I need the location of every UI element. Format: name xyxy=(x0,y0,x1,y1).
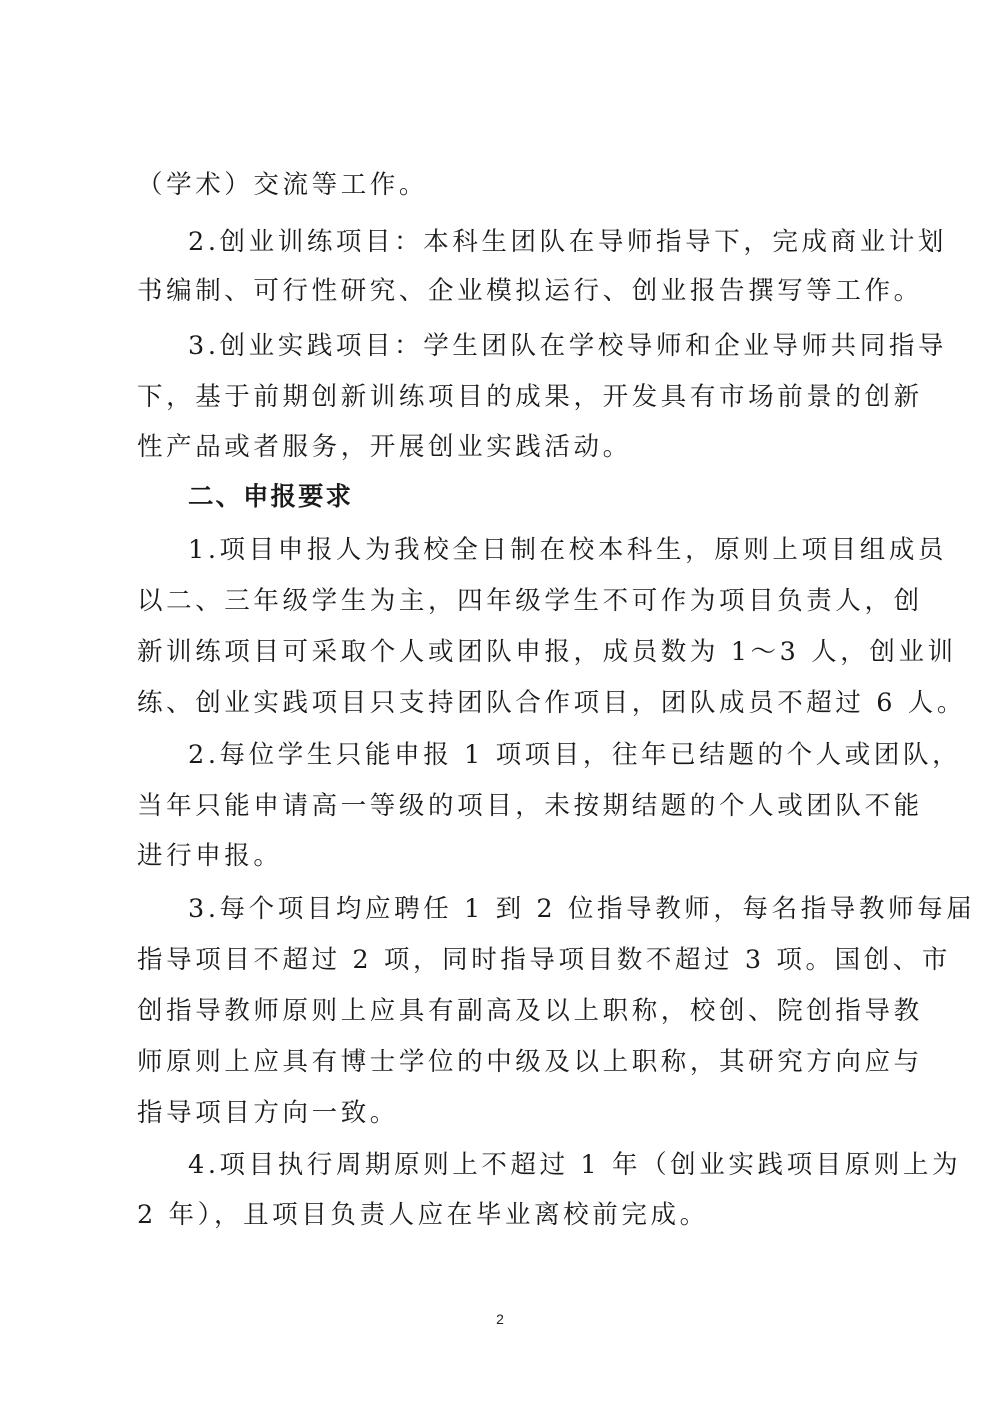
paragraph-line: 书编制、可行性研究、企业模拟运行、创业报告撰写等工作。 xyxy=(137,276,865,306)
paragraph-line: 当年只能申请高一等级的项目，未按期结题的个人或团队不能 xyxy=(137,791,865,821)
paragraph-line: 2.创业训练项目：本科生团队在导师指导下，完成商业计划 xyxy=(188,227,865,257)
paragraph-line: 指导项目不超过 2 项，同时指导项目数不超过 3 项。国创、市 xyxy=(137,945,865,975)
paragraph-line: 创指导教师原则上应具有副高及以上职称，校创、院创指导教 xyxy=(137,996,865,1026)
page-number: 2 xyxy=(0,1311,1000,1327)
paragraph-line: 2 年），且项目负责人应在毕业离校前完成。 xyxy=(137,1200,865,1230)
paragraph-line: 3.每个项目均应聘任 1 到 2 位指导教师，每名指导教师每届 xyxy=(188,894,865,924)
paragraph-line: 2.每位学生只能申报 1 项项目，往年已结题的个人或团队， xyxy=(188,740,865,770)
paragraph-line: 以二、三年级学生为主，四年级学生不可作为项目负责人，创 xyxy=(137,586,865,616)
paragraph-line: 练、创业实践项目只支持团队合作项目，团队成员不超过 6 人。 xyxy=(137,688,865,718)
paragraph-line: 性产品或者服务，开展创业实践活动。 xyxy=(137,432,865,462)
paragraph-line: 4.项目执行周期原则上不超过 1 年（创业实践项目原则上为 xyxy=(188,1150,865,1180)
paragraph-line: 1.项目申报人为我校全日制在校本科生，原则上项目组成员 xyxy=(188,535,865,565)
paragraph-line: 师原则上应具有博士学位的中级及以上职称，其研究方向应与 xyxy=(137,1047,865,1077)
paragraph-line: 新训练项目可采取个人或团队申报，成员数为 1～3 人，创业训 xyxy=(137,637,865,667)
document-page: （学术）交流等工作。 2.创业训练项目：本科生团队在导师指导下，完成商业计划 书… xyxy=(0,0,1000,1414)
paragraph-line: 进行申报。 xyxy=(137,841,865,871)
paragraph-line: 指导项目方向一致。 xyxy=(137,1098,865,1128)
section-heading: 二、申报要求 xyxy=(188,482,353,512)
paragraph-line: （学术）交流等工作。 xyxy=(137,170,865,200)
paragraph-line: 3.创业实践项目：学生团队在学校导师和企业导师共同指导 xyxy=(188,331,865,361)
paragraph-line: 下，基于前期创新训练项目的成果，开发具有市场前景的创新 xyxy=(137,382,865,412)
